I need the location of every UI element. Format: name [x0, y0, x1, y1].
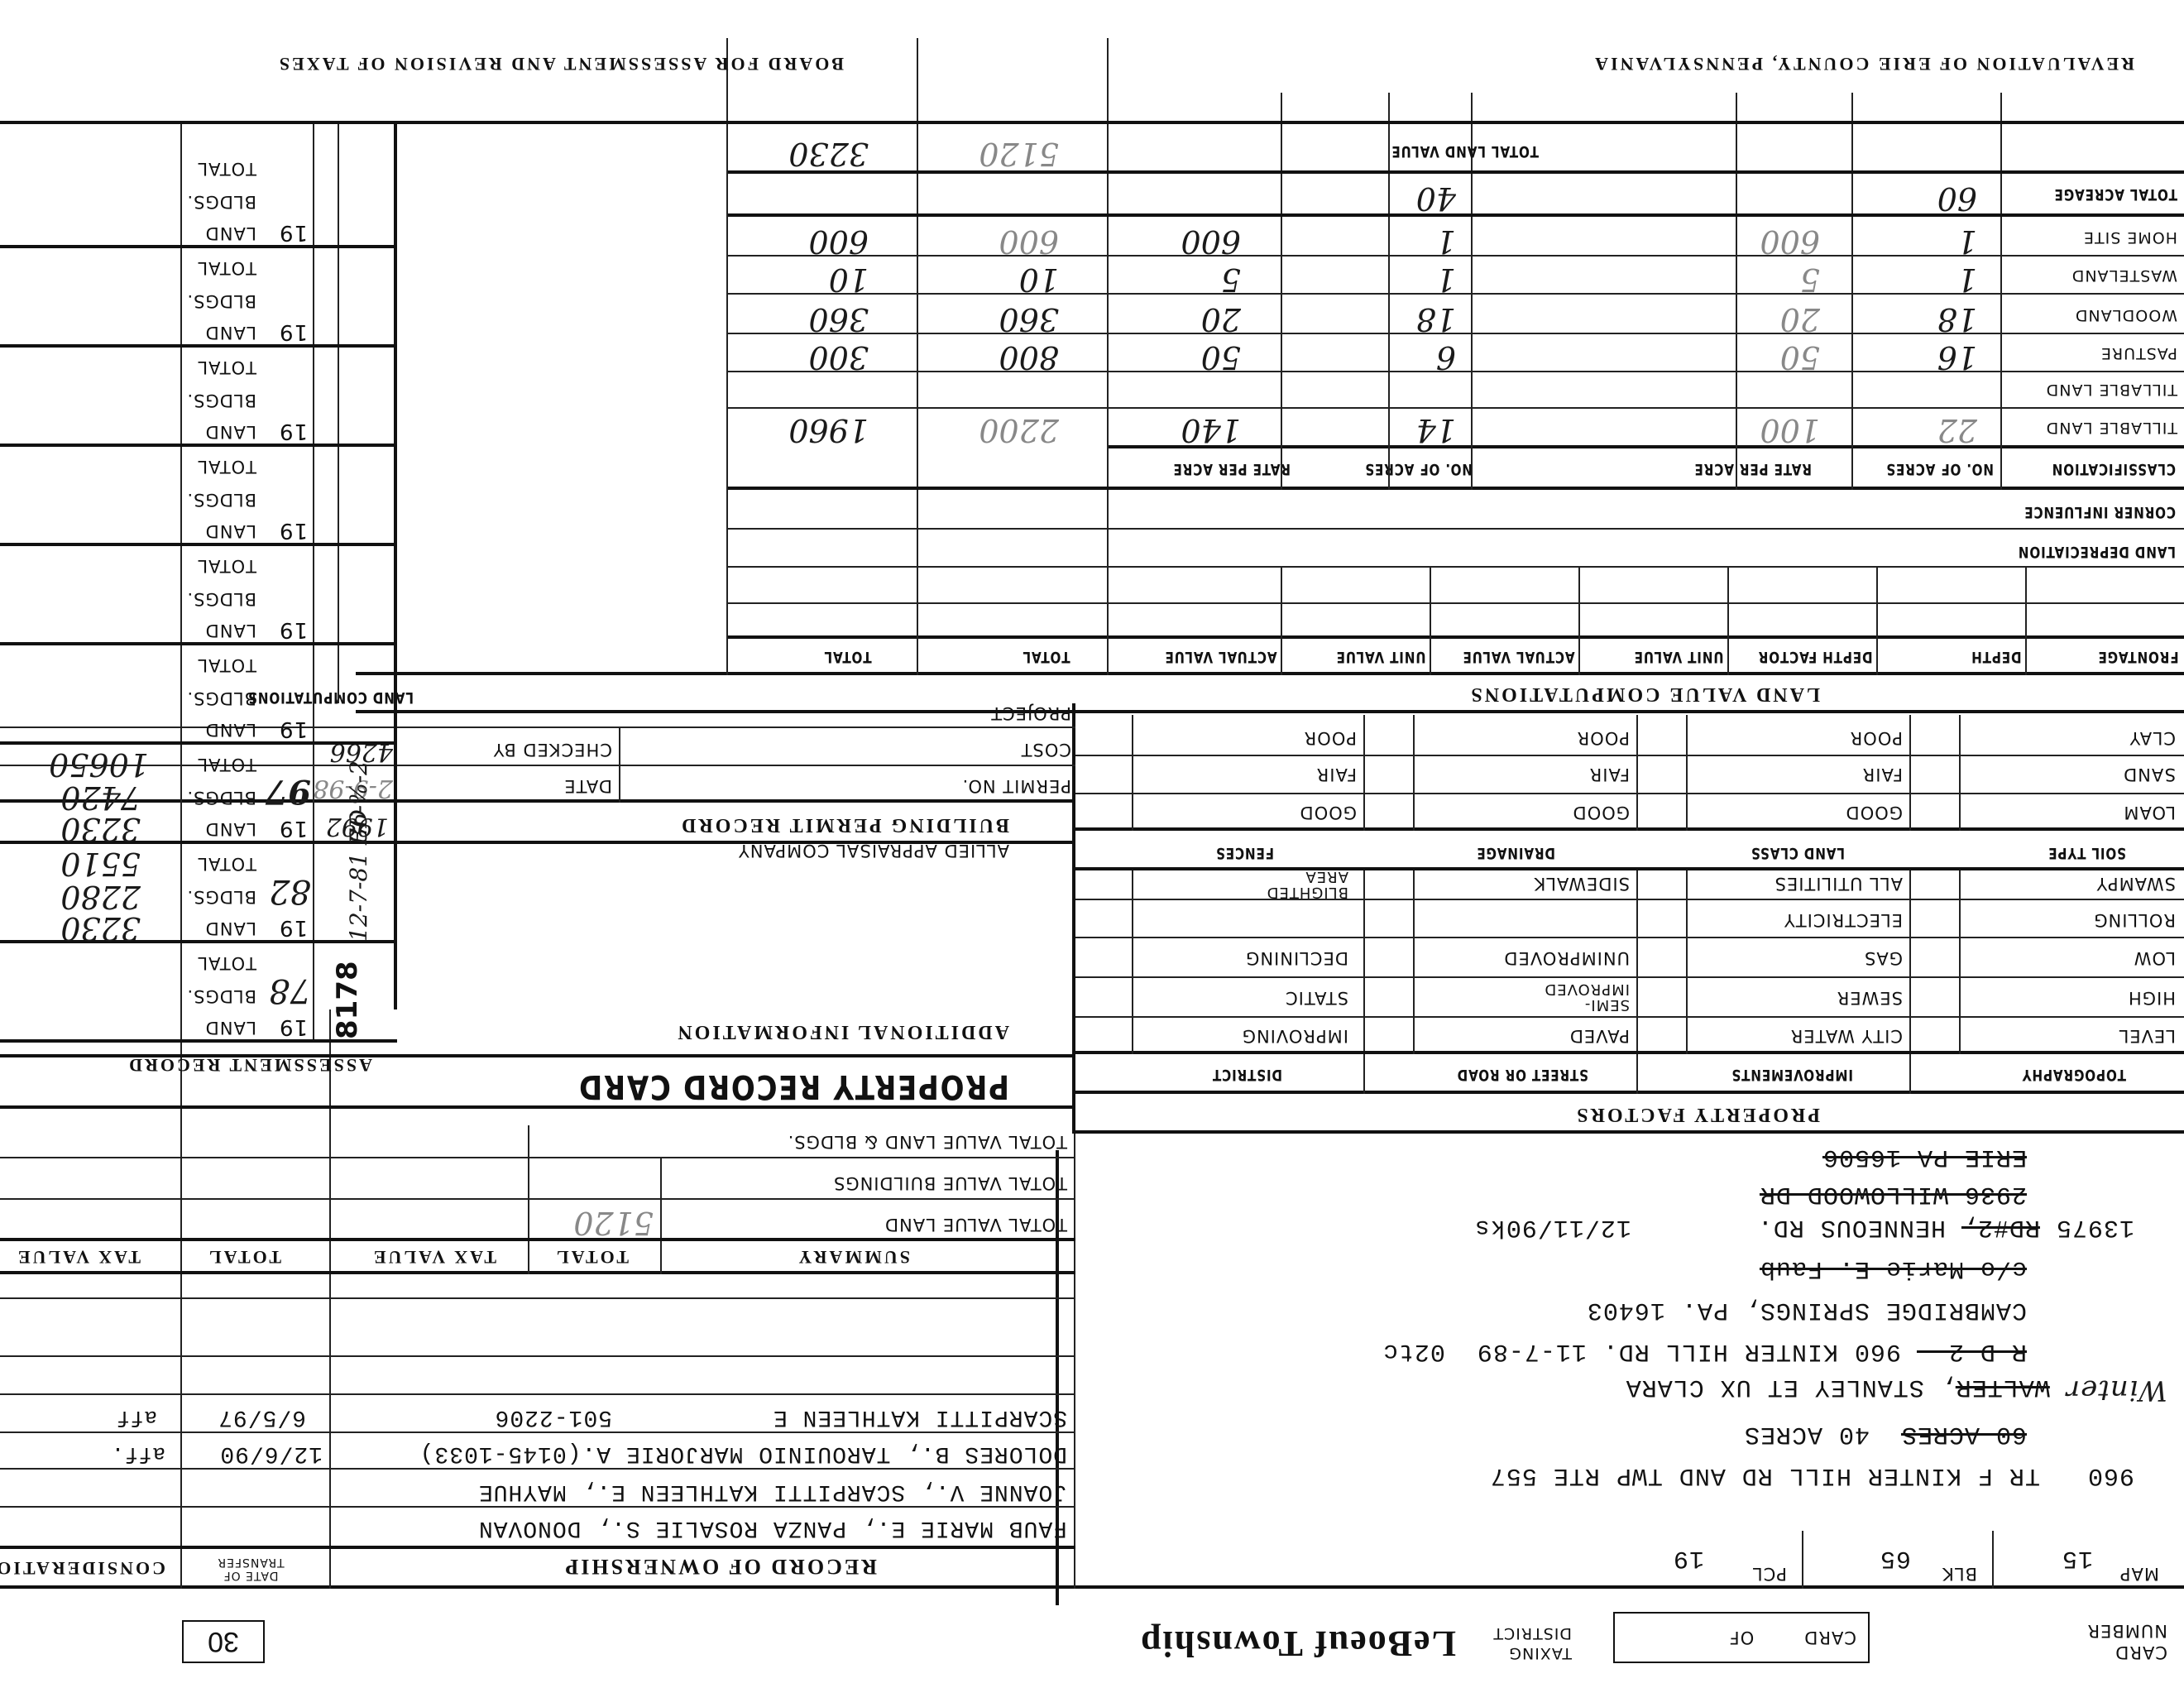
- owner-line-5: CAMBRIDGE SPRINGS, PA. 16403: [1587, 1296, 2027, 1324]
- owner-line-7: 13975 RD#2, HENNEOUS RD. 12/11/90ks: [1474, 1213, 2134, 1241]
- factor-level[interactable]: LEVEL: [2119, 1026, 2176, 1046]
- assessment-total-label-1: TOTAL: [197, 953, 256, 973]
- total1-woodland: 360: [999, 301, 1059, 338]
- struck-route: R-D-2--: [1917, 1337, 2027, 1365]
- map-label: MAP: [2119, 1564, 2159, 1584]
- assessment-total-label-4: TOTAL: [197, 655, 256, 675]
- row-home-site: HOME SITE: [2083, 228, 2177, 247]
- project-label: PROJECT: [990, 703, 1071, 723]
- factor-declining[interactable]: DECLINING: [1245, 948, 1348, 968]
- assessment-total-label-7: TOTAL: [197, 357, 256, 377]
- assessment-bldgs-label-8: BLDGS.: [186, 291, 256, 311]
- acres1-total: 60: [1937, 180, 1977, 217]
- rate1-tillable: 100: [1760, 412, 1820, 448]
- assessment-year-prefix-6: 19: [279, 518, 308, 543]
- building-permit-record-title: BUILDING PERMIT RECORD: [679, 813, 1009, 836]
- assessment-bldgs-label-7: BLDGS.: [186, 391, 256, 410]
- assessment-land-label-4: LAND: [205, 720, 256, 740]
- blk-value: 65: [1880, 1544, 1911, 1572]
- total2-tillable: 1960: [788, 412, 869, 448]
- assessment-land-label-5: LAND: [205, 621, 256, 640]
- fences-fair[interactable]: FAIR: [1316, 765, 1357, 784]
- row-tillable-land-2: TILLABLE LAND: [2046, 381, 2177, 399]
- map-value: 15: [2062, 1544, 2093, 1572]
- owner-line-9: ERIE PA 16506: [1822, 1143, 2027, 1171]
- total2-wasteland: 10: [829, 261, 869, 298]
- fences-good[interactable]: GOOD: [1299, 803, 1357, 822]
- total-land-value-label: TOTAL LAND VALUE: [1391, 142, 1539, 161]
- assessment-year-prefix-5: 19: [279, 617, 308, 642]
- assessment-total-value-3: 10650: [49, 746, 149, 783]
- owner-name: , STANLEY ET UX CLARA: [1626, 1373, 1956, 1401]
- fences-header: FENCES: [1215, 844, 1274, 862]
- of-label: OF: [1729, 1628, 1755, 1647]
- improvements-header: IMPROVEMENTS: [1731, 1066, 1853, 1084]
- blk-label: BLK: [1942, 1564, 1977, 1584]
- consideration-label: CONSIDERATION: [0, 1557, 165, 1579]
- assessment-bldgs-label-9: BLDGS.: [186, 192, 256, 212]
- ownership-note-3: aff.: [111, 1441, 165, 1466]
- acres2-pasture: 6: [1436, 339, 1456, 376]
- assessment-bldgs-label-6: BLDGS.: [186, 490, 256, 510]
- acres1-pasture: 16: [1937, 339, 1977, 376]
- acres1-home-site: 1: [1957, 223, 1977, 260]
- factor-electricity[interactable]: ELECTRICITY: [1784, 910, 1903, 930]
- assessment-year-1: 78: [269, 971, 311, 1009]
- total1-tillable: 2200: [979, 412, 1059, 448]
- rate1-home-site: 600: [1760, 223, 1820, 260]
- assessment-total-label-2: TOTAL: [197, 854, 256, 874]
- ownership-entry-2: JOANNE V., SCARPITTI KATHLEEN E., MAYHUE: [478, 1479, 1067, 1504]
- owner-line-4: R-D-2-- 960 KINTER HILL RD. 11-7-89 02tc: [1382, 1337, 2027, 1365]
- drainage-fair[interactable]: FAIR: [1589, 765, 1630, 784]
- permit-cost-label: COST: [1021, 740, 1071, 760]
- class-header-acres-2: NO. OF ACRES: [1364, 460, 1473, 478]
- land-depreciation-label: LAND DEPRECIATION: [2018, 543, 2176, 561]
- row-tillable-land-1: TILLABLE LAND: [2046, 419, 2177, 437]
- total1-pasture: 800: [999, 339, 1059, 376]
- assessment-bldgs-label-3: BLDGS.: [186, 788, 256, 808]
- ownership-entry-4: SCARPITTI KATHLEEN E: [773, 1404, 1067, 1430]
- board-title: BOARD FOR ASSESSMENT AND REVISION OF TAX…: [277, 53, 844, 74]
- ownership-date-3: 12/6/90: [219, 1441, 323, 1466]
- summary-total-label: TOTAL: [554, 1246, 629, 1268]
- header-actual-value-2: ACTUAL VALUE: [1170, 639, 1282, 675]
- owner-line-1: 960 TR F KINTER HILL RD AND TWP RTE 557: [1490, 1461, 2134, 1489]
- factor-sidewalk[interactable]: SIDEWALK: [1534, 874, 1630, 894]
- record-of-ownership-title: RECORD OF OWNERSHIP: [563, 1554, 877, 1579]
- deed-id: (0145-1033): [419, 1441, 582, 1466]
- summary-land-total: 5120: [573, 1205, 654, 1241]
- property-factors-title: PROPERTY FACTORS: [1574, 1103, 1820, 1125]
- total2-home-site: 600: [808, 223, 869, 260]
- assessment-land-label-3: LAND: [205, 819, 256, 839]
- assessment-land-value-2: 3230: [60, 910, 141, 947]
- summary-row-land-bldgs: TOTAL VALUE LAND & BLDGS.: [788, 1132, 1067, 1152]
- acres1-tillable: 22: [1937, 412, 1977, 448]
- ownership-note-4: aff: [116, 1405, 157, 1430]
- class-header-rate-2: RATE PER ACRE: [1173, 460, 1291, 478]
- acres2-wasteland: 1: [1436, 261, 1456, 298]
- property-record-card-title: PROPERTY RECORD CARD: [577, 1067, 1009, 1105]
- assessment-total-label-6: TOTAL: [197, 457, 256, 477]
- assessment-record-title: ASSESSMENT RECORD: [127, 1054, 372, 1076]
- assessment-total-value-2: 5510: [60, 846, 141, 882]
- header-total: TOTAL: [943, 639, 1075, 675]
- topography-header: TOPOGRAPHY: [2022, 1066, 2126, 1084]
- owner-hand-name: Winter: [2066, 1374, 2167, 1407]
- owner-line-8: 2936 WILLOWOOD DR: [1760, 1180, 2027, 1208]
- ownership-entry-3: DOLORES B., TAROUINIO MARJORIE A.(0145-1…: [419, 1441, 1067, 1466]
- header-depth: DEPTH: [1908, 639, 2027, 675]
- land-class-good[interactable]: GOOD: [1845, 803, 1903, 822]
- summary-tax-value-label: TAX VALUE: [371, 1246, 496, 1268]
- factor-unimproved[interactable]: UNIMPROVED: [1503, 948, 1630, 968]
- checked-by-label: CHECKED BY: [493, 740, 612, 760]
- assessment-land-label-6: LAND: [205, 521, 256, 541]
- factor-rolling[interactable]: ROLLING: [2093, 910, 2176, 930]
- property-record-card: CARD NUMBER CARD OF TAXING DISTRICT LeBo…: [0, 0, 2184, 1688]
- header-unit-value-2: UNIT VALUE: [1312, 639, 1431, 675]
- box-number: 30: [182, 1620, 265, 1663]
- rate2-home-site: 600: [1181, 223, 1241, 260]
- ownership-id-4: 501-2206: [495, 1404, 612, 1430]
- drainage-good[interactable]: GOOD: [1572, 803, 1630, 822]
- assessment-year-2: 82: [269, 872, 311, 910]
- assessment-land-label-9: LAND: [205, 223, 256, 243]
- drainage-header: DRAINAGE: [1477, 844, 1555, 862]
- total1-home-site: 600: [999, 223, 1059, 260]
- assessment-bldgs-label-2: BLDGS.: [186, 887, 256, 907]
- factor-all-utilities[interactable]: ALL UTILITIES: [1774, 874, 1903, 894]
- factor-swampy[interactable]: SWAMPY: [2096, 874, 2176, 894]
- pcl-value: 19: [1673, 1544, 1704, 1572]
- owner-line-2: 60 ACRES 40 ACRES: [1744, 1420, 2027, 1448]
- soil-loam[interactable]: LOAM: [2123, 803, 2176, 822]
- acres2-home-site: 1: [1436, 223, 1456, 260]
- rate2-tillable: 140: [1181, 412, 1241, 448]
- acres1-woodland: 18: [1937, 301, 1977, 338]
- assessment-year-3: 97: [265, 772, 311, 811]
- row-woodland: WOODLAND: [2075, 306, 2177, 324]
- land-class-poor[interactable]: POOR: [1850, 728, 1903, 748]
- assessment-land-label-7: LAND: [205, 422, 256, 442]
- struck-street: 2936 WILLOWOOD DR: [1760, 1180, 2027, 1208]
- assessment-year-prefix-4: 19: [279, 717, 308, 741]
- assessment-year-prefix-1: 19: [279, 1014, 308, 1039]
- class-header-rate-1: RATE PER ACRE: [1694, 460, 1812, 478]
- header-total-2: TOTAL: [745, 639, 877, 675]
- assessment-total-label-8: TOTAL: [197, 258, 256, 278]
- assessment-year-prefix-3: 19: [279, 816, 308, 841]
- assessment-total-label-9: TOTAL: [197, 159, 256, 179]
- rate1-woodland: 20: [1780, 301, 1820, 338]
- factor-blighted-area[interactable]: BLIGHTED AREA: [1241, 869, 1348, 900]
- drainage-poor[interactable]: POOR: [1577, 728, 1630, 748]
- header-depth-factor: DEPTH FACTOR: [1759, 639, 1878, 675]
- assessment-land-label-8: LAND: [205, 323, 256, 343]
- struck-city: ERIE PA 16506: [1822, 1143, 2027, 1171]
- assessment-land-label-1: LAND: [205, 1018, 256, 1038]
- assessment-land-label-2: LAND: [205, 918, 256, 938]
- owner-line-6: c/o Marie E. Faub: [1760, 1254, 2027, 1283]
- total2-woodland: 360: [808, 301, 869, 338]
- header-actual-value: ACTUAL VALUE: [1461, 639, 1580, 675]
- card-label: CARD: [1803, 1628, 1856, 1647]
- acres2-tillable: 14: [1416, 412, 1456, 448]
- acres2-woodland: 18: [1416, 301, 1456, 338]
- total1-wasteland: 10: [1019, 261, 1059, 298]
- row-total-acreage: TOTAL ACREAGE: [2054, 185, 2177, 204]
- permit-no-label: PERMIT NO.: [962, 776, 1071, 796]
- mailing-address: HENNEOUS RD. 12/11/90ks: [1474, 1213, 1961, 1241]
- total-land-value-2: 3230: [788, 136, 869, 172]
- assessment-year-prefix-7: 19: [279, 419, 308, 444]
- row-pasture: PASTURE: [2100, 344, 2177, 362]
- factor-sewer[interactable]: SEWER: [1837, 988, 1903, 1008]
- assessment-bldgs-value-3: 7420: [60, 779, 141, 816]
- additional-information-title: ADDITIONAL INFORMATION: [675, 1020, 1009, 1043]
- class-header-acres-1: NO. OF ACRES: [1885, 460, 1994, 478]
- assessment-year-prefix-2: 19: [279, 915, 308, 940]
- acres1-wasteland: 1: [1957, 261, 1977, 298]
- struck-owner-name: WALTER: [1956, 1373, 2050, 1401]
- factor-high[interactable]: HIGH: [2128, 988, 2176, 1008]
- factor-static[interactable]: STATIC: [1285, 988, 1348, 1008]
- factor-city-water[interactable]: CITY WATER: [1790, 1026, 1903, 1046]
- pcl-label: PCL: [1752, 1564, 1787, 1584]
- assessment-bldgs-label-5: BLDGS.: [186, 589, 256, 609]
- ownership-entry-1: FAUB MARIE E., PANZA ROSALIE S., DONOVAN: [478, 1515, 1067, 1541]
- rate2-wasteland: 5: [1221, 261, 1241, 298]
- assessment-total-label-3: TOTAL: [197, 755, 256, 774]
- summary-row-land: TOTAL VALUE LAND: [884, 1215, 1067, 1235]
- owner-name: DOLORES B., TAROUINIO MARJORIE A.: [582, 1441, 1068, 1466]
- assessment-total-label-5: TOTAL: [197, 556, 256, 576]
- acres2-total: 40: [1416, 180, 1456, 217]
- taxing-district-label: TAXING DISTRICT: [1473, 1623, 1572, 1663]
- ownership-date-4: 6/5/97: [218, 1404, 306, 1430]
- soil-type-header: SOIL TYPE: [2047, 844, 2126, 862]
- corner-influence-label: CORNER INFLUENCE: [2024, 503, 2176, 521]
- rate1-wasteland: 5: [1800, 261, 1820, 298]
- rate1-pasture: 50: [1780, 339, 1820, 376]
- assessment-stamp-1: 8178: [331, 961, 364, 1039]
- land-class-header: LAND CLASS: [1751, 844, 1845, 862]
- factor-improving[interactable]: IMPROVING: [1242, 1026, 1348, 1046]
- assessment-record-grid: 8178 19 78 LAND BLDGS. TOTAL 12-7-81 ED …: [0, 124, 397, 1043]
- factor-low[interactable]: LOW: [2134, 948, 2176, 968]
- row-wasteland: WASTELAND: [2071, 266, 2177, 285]
- summary-row-buildings: TOTAL VALUE BUILDINGS: [833, 1173, 1067, 1193]
- card-of-box: CARD OF: [1613, 1612, 1870, 1663]
- struck-care-of: c/o Marie E. Faub: [1760, 1254, 2027, 1283]
- rate2-pasture: 50: [1201, 339, 1241, 376]
- acres: 40 ACRES: [1744, 1420, 1901, 1448]
- permit-date-label: DATE: [563, 776, 612, 796]
- assessment-stamp-3: 36-%-2: [345, 760, 372, 842]
- soil-sand[interactable]: SAND: [2123, 765, 2176, 784]
- assessment-bldgs-label-1: BLDGS.: [186, 986, 256, 1006]
- factor-semi-improved[interactable]: SEMI-IMPROVED: [1506, 981, 1630, 1013]
- header-frontage: FRONTAGE: [2058, 639, 2184, 675]
- assessment-year-prefix-8: 19: [279, 319, 308, 344]
- header-unit-value: UNIT VALUE: [1610, 639, 1729, 675]
- assessment-bldgs-label-4: BLDGS.: [186, 688, 256, 708]
- land-value-header-row: FRONTAGE DEPTH DEPTH FACTOR UNIT VALUE A…: [728, 639, 2184, 675]
- street-or-road-header: STREET OR ROAD: [1457, 1066, 1588, 1084]
- soil-clay[interactable]: CLAY: [2129, 728, 2176, 748]
- summary-tax-value-label-2: TAX VALUE: [16, 1246, 141, 1268]
- rate2-woodland: 20: [1201, 301, 1241, 338]
- struck-acres: 60 ACRES: [1901, 1420, 2027, 1448]
- owner-line-3: Winter WALTER, STANLEY ET UX CLARA: [1626, 1373, 2167, 1407]
- total-land-value-1: 5120: [979, 136, 1059, 172]
- summary-total-label-2: TOTAL: [207, 1246, 281, 1268]
- taxing-district-value: LeBoeuf Township: [1139, 1623, 1456, 1665]
- classification-label: CLASSIFICATION: [2052, 460, 2176, 478]
- land-value-computations-title: LAND VALUE COMPUTATIONS: [1468, 683, 1820, 705]
- assessment-year-prefix-9: 19: [279, 220, 308, 245]
- factor-gas[interactable]: GAS: [1864, 948, 1903, 968]
- house-number: 13975: [2040, 1213, 2134, 1241]
- factor-paved[interactable]: PAVED: [1569, 1026, 1630, 1046]
- total2-pasture: 300: [808, 339, 869, 376]
- date-of-transfer-label: DATE OF TRANSFER: [189, 1556, 313, 1582]
- land-class-fair[interactable]: FAIR: [1862, 765, 1903, 784]
- card-number-label: CARD NUMBER: [2035, 1620, 2167, 1663]
- struck-rd: RD#2,: [1961, 1213, 2040, 1241]
- revaluation-title: REVALUATION OF ERIE COUNTY, PENNSYLVANIA: [1592, 53, 2134, 74]
- assessment-bldgs-value-2: 2280: [60, 879, 141, 915]
- summary-title: SUMMARY: [796, 1246, 910, 1268]
- assessment-land-value-3: 3230: [60, 811, 141, 847]
- address: 960 KINTER HILL RD. 11-7-89 02tc: [1382, 1337, 1917, 1365]
- district-header: DISTRICT: [1212, 1066, 1282, 1084]
- fences-poor[interactable]: POOR: [1304, 728, 1357, 748]
